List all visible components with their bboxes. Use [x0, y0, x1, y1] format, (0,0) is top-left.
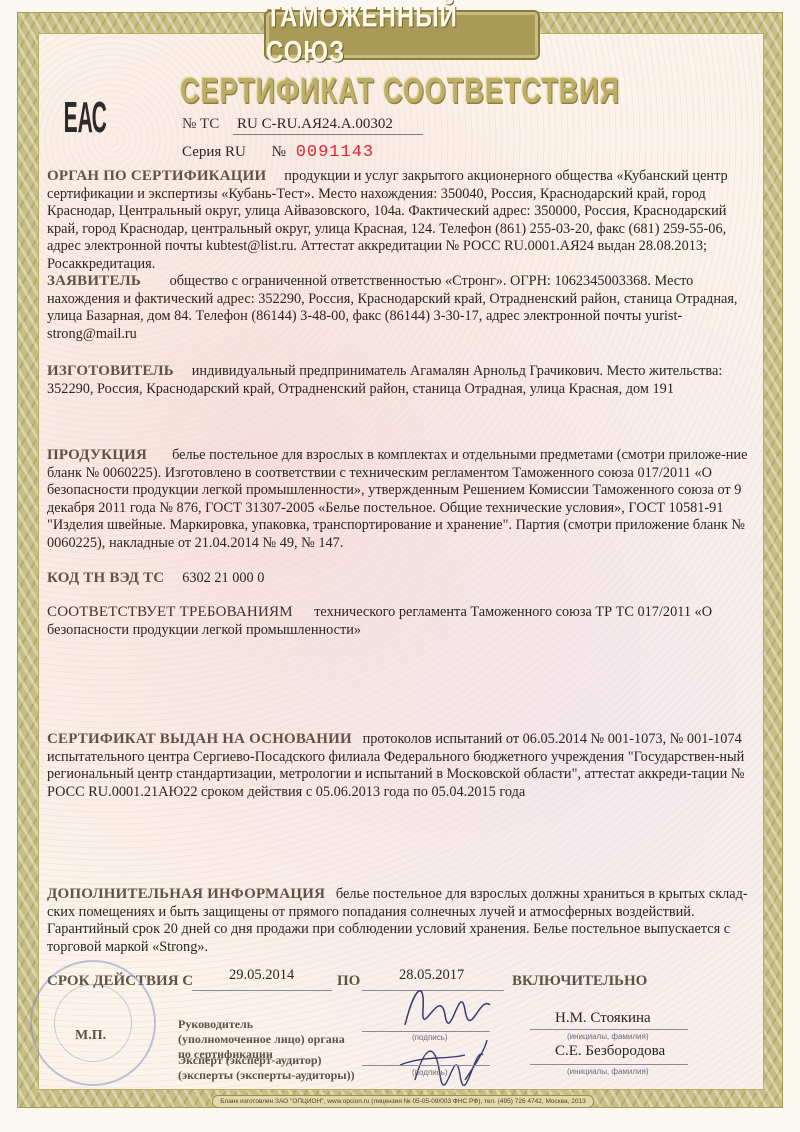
section-text: белье постельное для взрослых в комплект… — [47, 447, 747, 551]
applicant-section: ЗАЯВИТЕЛЬ общество с ограниченной ответс… — [47, 273, 757, 343]
head-name-caption: (инициалы, фамилия) — [567, 1032, 649, 1041]
product-section: ПРОДУКЦИЯ белье постельное для взрослых … — [47, 447, 757, 552]
expert-name-line — [530, 1064, 688, 1065]
validity-to-label: ПО — [337, 973, 360, 990]
section-heading: СЕРТИФИКАТ ВЫДАН НА ОСНОВАНИИ — [47, 731, 352, 747]
basis-section: СЕРТИФИКАТ ВЫДАН НА ОСНОВАНИИ протоколов… — [47, 731, 757, 801]
section-text: общество с ограниченной ответственностью… — [47, 273, 737, 342]
section-heading: ОРГАН ПО СЕРТИФИКАЦИИ — [47, 168, 266, 184]
section-heading: СООТВЕТСТВУЕТ ТРЕБОВАНИЯМ — [47, 604, 293, 620]
validity-from-line — [192, 990, 332, 991]
manufacturer-section: ИЗГОТОВИТЕЛЬ индивидуальный предпринимат… — [47, 363, 757, 398]
blank-number-label: № — [272, 144, 286, 160]
section-heading: КОД ТН ВЭД ТС — [47, 570, 164, 586]
seal-stamp-icon — [30, 960, 156, 1086]
expert-signature-icon — [395, 1035, 505, 1090]
certificate-number-label: № ТС — [182, 116, 219, 132]
validity-from-date: 29.05.2014 — [229, 967, 294, 984]
section-heading: ДОПОЛНИТЕЛЬНАЯ ИНФОРМАЦИЯ — [47, 886, 325, 902]
certificate-number: № ТС RU C-RU.АЯ24.А.00302 — [182, 116, 423, 135]
conformity-section: СООТВЕТСТВУЕТ ТРЕБОВАНИЯМ технического р… — [47, 604, 757, 639]
expert-signature-caption: (подпись) — [412, 1068, 448, 1077]
head-signature-line — [362, 1031, 490, 1032]
expert-name: С.Е. Безбородова — [555, 1043, 665, 1060]
additional-info-section: ДОПОЛНИТЕЛЬНАЯ ИНФОРМАЦИЯ белье постельн… — [47, 886, 757, 956]
expert-name-caption: (инициалы, фамилия) — [567, 1067, 649, 1076]
blank-imprint: Бланк изготовлен ЗАО "ОПЦИОН", www.opcio… — [212, 1095, 594, 1108]
blank-number: 0091143 — [296, 143, 374, 162]
customs-union-label: ТАМОЖЕННЫЙ СОЮЗ — [266, 0, 538, 70]
head-name-line — [530, 1029, 688, 1030]
section-heading: ИЗГОТОВИТЕЛЬ — [47, 363, 174, 379]
head-signature-icon — [395, 975, 505, 1035]
head-name: Н.М. Стоякина — [555, 1010, 651, 1027]
expert-role-label: Эксперт (эксперт-аудитор) (эксперты (экс… — [178, 1053, 368, 1083]
stamp-place-label: М.П. — [75, 1028, 106, 1044]
validity-inclusive: ВКЛЮЧИТЕЛЬНО — [512, 973, 647, 990]
eac-logo-icon: ЕАС — [62, 95, 98, 143]
section-heading: ЗАЯВИТЕЛЬ — [47, 273, 141, 289]
certification-body-section: ОРГАН ПО СЕРТИФИКАЦИИ продукции и услуг … — [47, 168, 757, 273]
certificate-number-value: RU C-RU.АЯ24.А.00302 — [233, 116, 423, 135]
customs-union-plate: ТАМОЖЕННЫЙ СОЮЗ — [264, 10, 540, 60]
blank-series: Серия RU № 0091143 — [182, 143, 374, 162]
tn-ved-code: 6302 21 000 0 — [182, 570, 264, 586]
expert-signature-line — [362, 1065, 490, 1066]
section-heading: ПРОДУКЦИЯ — [47, 447, 147, 463]
certificate-title: СЕРТИФИКАТ СООТВЕТСТВИЯ — [0, 71, 800, 111]
series-label: Серия RU — [182, 144, 246, 160]
tn-ved-section: КОД ТН ВЭД ТС 6302 21 000 0 — [47, 570, 757, 588]
